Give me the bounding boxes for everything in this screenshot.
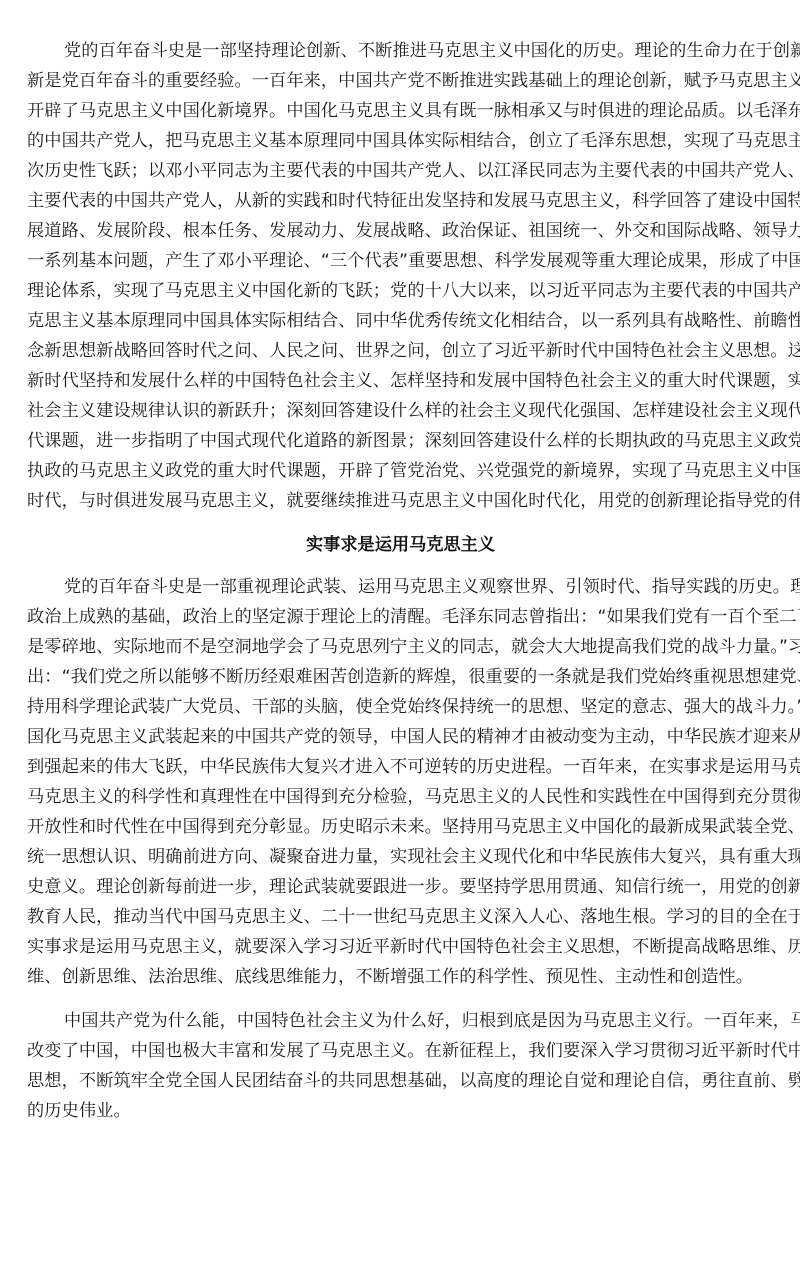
text-line: 到强起来的伟大飞跃，中华民族伟大复兴才进入不可逆转的历史进程。一百年来，在实事求… <box>27 752 774 782</box>
text-line: 党的百年奋斗史是一部重视理论武装、运用马克思主义观察世界、引领时代、指导实践的历… <box>27 572 774 602</box>
text-line: 执政的马克思主义政党的重大时代课题，开辟了管党治党、兴党强党的新境界，实现了马克… <box>27 456 774 486</box>
text-line: 教育人民，推动当代中国马克思主义、二十一世纪马克思主义深入人心、落地生根。学习的… <box>27 902 774 932</box>
paragraph-2: 党的百年奋斗史是一部重视理论武装、运用马克思主义观察世界、引领时代、指导实践的历… <box>27 572 774 992</box>
paragraph-1: 党的百年奋斗史是一部坚持理论创新、不断推进马克思主义中国化的历史。理论的生命力在… <box>27 36 774 516</box>
text-line: 党的百年奋斗史是一部坚持理论创新、不断推进马克思主义中国化的历史。理论的生命力在… <box>27 36 774 66</box>
text-line: 政治上成熟的基础，政治上的坚定源于理论上的清醒。毛泽东同志曾指出：“如果我们党有… <box>27 602 774 632</box>
text-line: 新是党百年奋斗的重要经验。一百年来，中国共产党不断推进实践基础上的理论创新，赋予… <box>27 66 774 96</box>
text-line: 开放性和时代性在中国得到充分彰显。历史昭示未来。坚持用马克思主义中国化的最新成果… <box>27 812 774 842</box>
text-line: 代课题，进一步指明了中国式现代化道路的新图景；深刻回答建设什么样的长期执政的马克… <box>27 426 774 456</box>
text-line: 出：“我们党之所以能够不断历经艰难困苦创造新的辉煌，很重要的一条就是我们党始终重… <box>27 662 774 692</box>
text-line: 统一思想认识、明确前进方向、凝聚奋进力量，实现社会主义现代化和中华民族伟大复兴，… <box>27 842 774 872</box>
text-line: 念新思想新战略回答时代之问、人民之问、世界之问，创立了习近平新时代中国特色社会主… <box>27 336 774 366</box>
article-body: 党的百年奋斗史是一部坚持理论创新、不断推进马克思主义中国化的历史。理论的生命力在… <box>27 36 774 1126</box>
text-line: 社会主义建设规律认识的新跃升；深刻回答建设什么样的社会主义现代化强国、怎样建设社… <box>27 396 774 426</box>
text-line: 新时代坚持和发展什么样的中国特色社会主义、怎样坚持和发展中国特色社会主义的重大时… <box>27 366 774 396</box>
text-line: 维、创新思维、法治思维、底线思维能力，不断增强工作的科学性、预见性、主动性和创造… <box>27 962 774 992</box>
paragraph-3: 中国共产党为什么能，中国特色社会主义为什么好，归根到底是因为马克思主义行。一百年… <box>27 1006 774 1126</box>
text-line: 展道路、发展阶段、根本任务、发展动力、发展战略、政治保证、祖国统一、外交和国际战… <box>27 216 774 246</box>
text-line: 国化马克思主义武装起来的中国共产党的领导，中国人民的精神才由被动变为主动，中华民… <box>27 722 774 752</box>
text-line: 实事求是运用马克思主义，就要深入学习习近平新时代中国特色社会主义思想，不断提高战… <box>27 932 774 962</box>
text-line: 次历史性飞跃；以邓小平同志为主要代表的中国共产党人、以江泽民同志为主要代表的中国… <box>27 156 774 186</box>
text-line: 马克思主义的科学性和真理性在中国得到充分检验，马克思主义的人民性和实践性在中国得… <box>27 782 774 812</box>
text-line: 中国共产党为什么能，中国特色社会主义为什么好，归根到底是因为马克思主义行。一百年… <box>27 1006 774 1036</box>
text-line: 时代，与时俱进发展马克思主义，就要继续推进马克思主义中国化时代化，用党的创新理论… <box>27 486 774 516</box>
text-line: 一系列基本问题，产生了邓小平理论、“三个代表”重要思想、科学发展观等重大理论成果… <box>27 246 774 276</box>
text-line: 的历史伟业。 <box>27 1096 774 1126</box>
text-line: 开辟了马克思主义中国化新境界。中国化马克思主义具有既一脉相承又与时俱进的理论品质… <box>27 96 774 126</box>
text-line: 的中国共产党人，把马克思主义基本原理同中国具体实际相结合，创立了毛泽东思想，实现… <box>27 126 774 156</box>
text-line: 克思主义基本原理同中国具体实际相结合、同中华优秀传统文化相结合，以一系列具有战略… <box>27 306 774 336</box>
section-heading: 实事求是运用马克思主义 <box>27 530 774 560</box>
text-line: 改变了中国，中国也极大丰富和发展了马克思主义。在新征程上，我们要深入学习贯彻习近… <box>27 1036 774 1066</box>
text-line: 思想，不断筑牢全党全国人民团结奋斗的共同思想基础，以高度的理论自觉和理论自信，勇… <box>27 1066 774 1096</box>
text-line: 是零碎地、实际地而不是空洞地学会了马克思列宁主义的同志，就会大大地提高我们党的战… <box>27 632 774 662</box>
text-line: 史意义。理论创新每前进一步，理论武装就要跟进一步。要坚持学思用贯通、知信行统一，… <box>27 872 774 902</box>
text-line: 理论体系，实现了马克思主义中国化新的飞跃；党的十八大以来，以习近平同志为主要代表… <box>27 276 774 306</box>
text-line: 主要代表的中国共产党人，从新的实践和时代特征出发坚持和发展马克思主义，科学回答了… <box>27 186 774 216</box>
text-line: 持用科学理论武装广大党员、干部的头脑，使全党始终保持统一的思想、坚定的意志、强大… <box>27 692 774 722</box>
